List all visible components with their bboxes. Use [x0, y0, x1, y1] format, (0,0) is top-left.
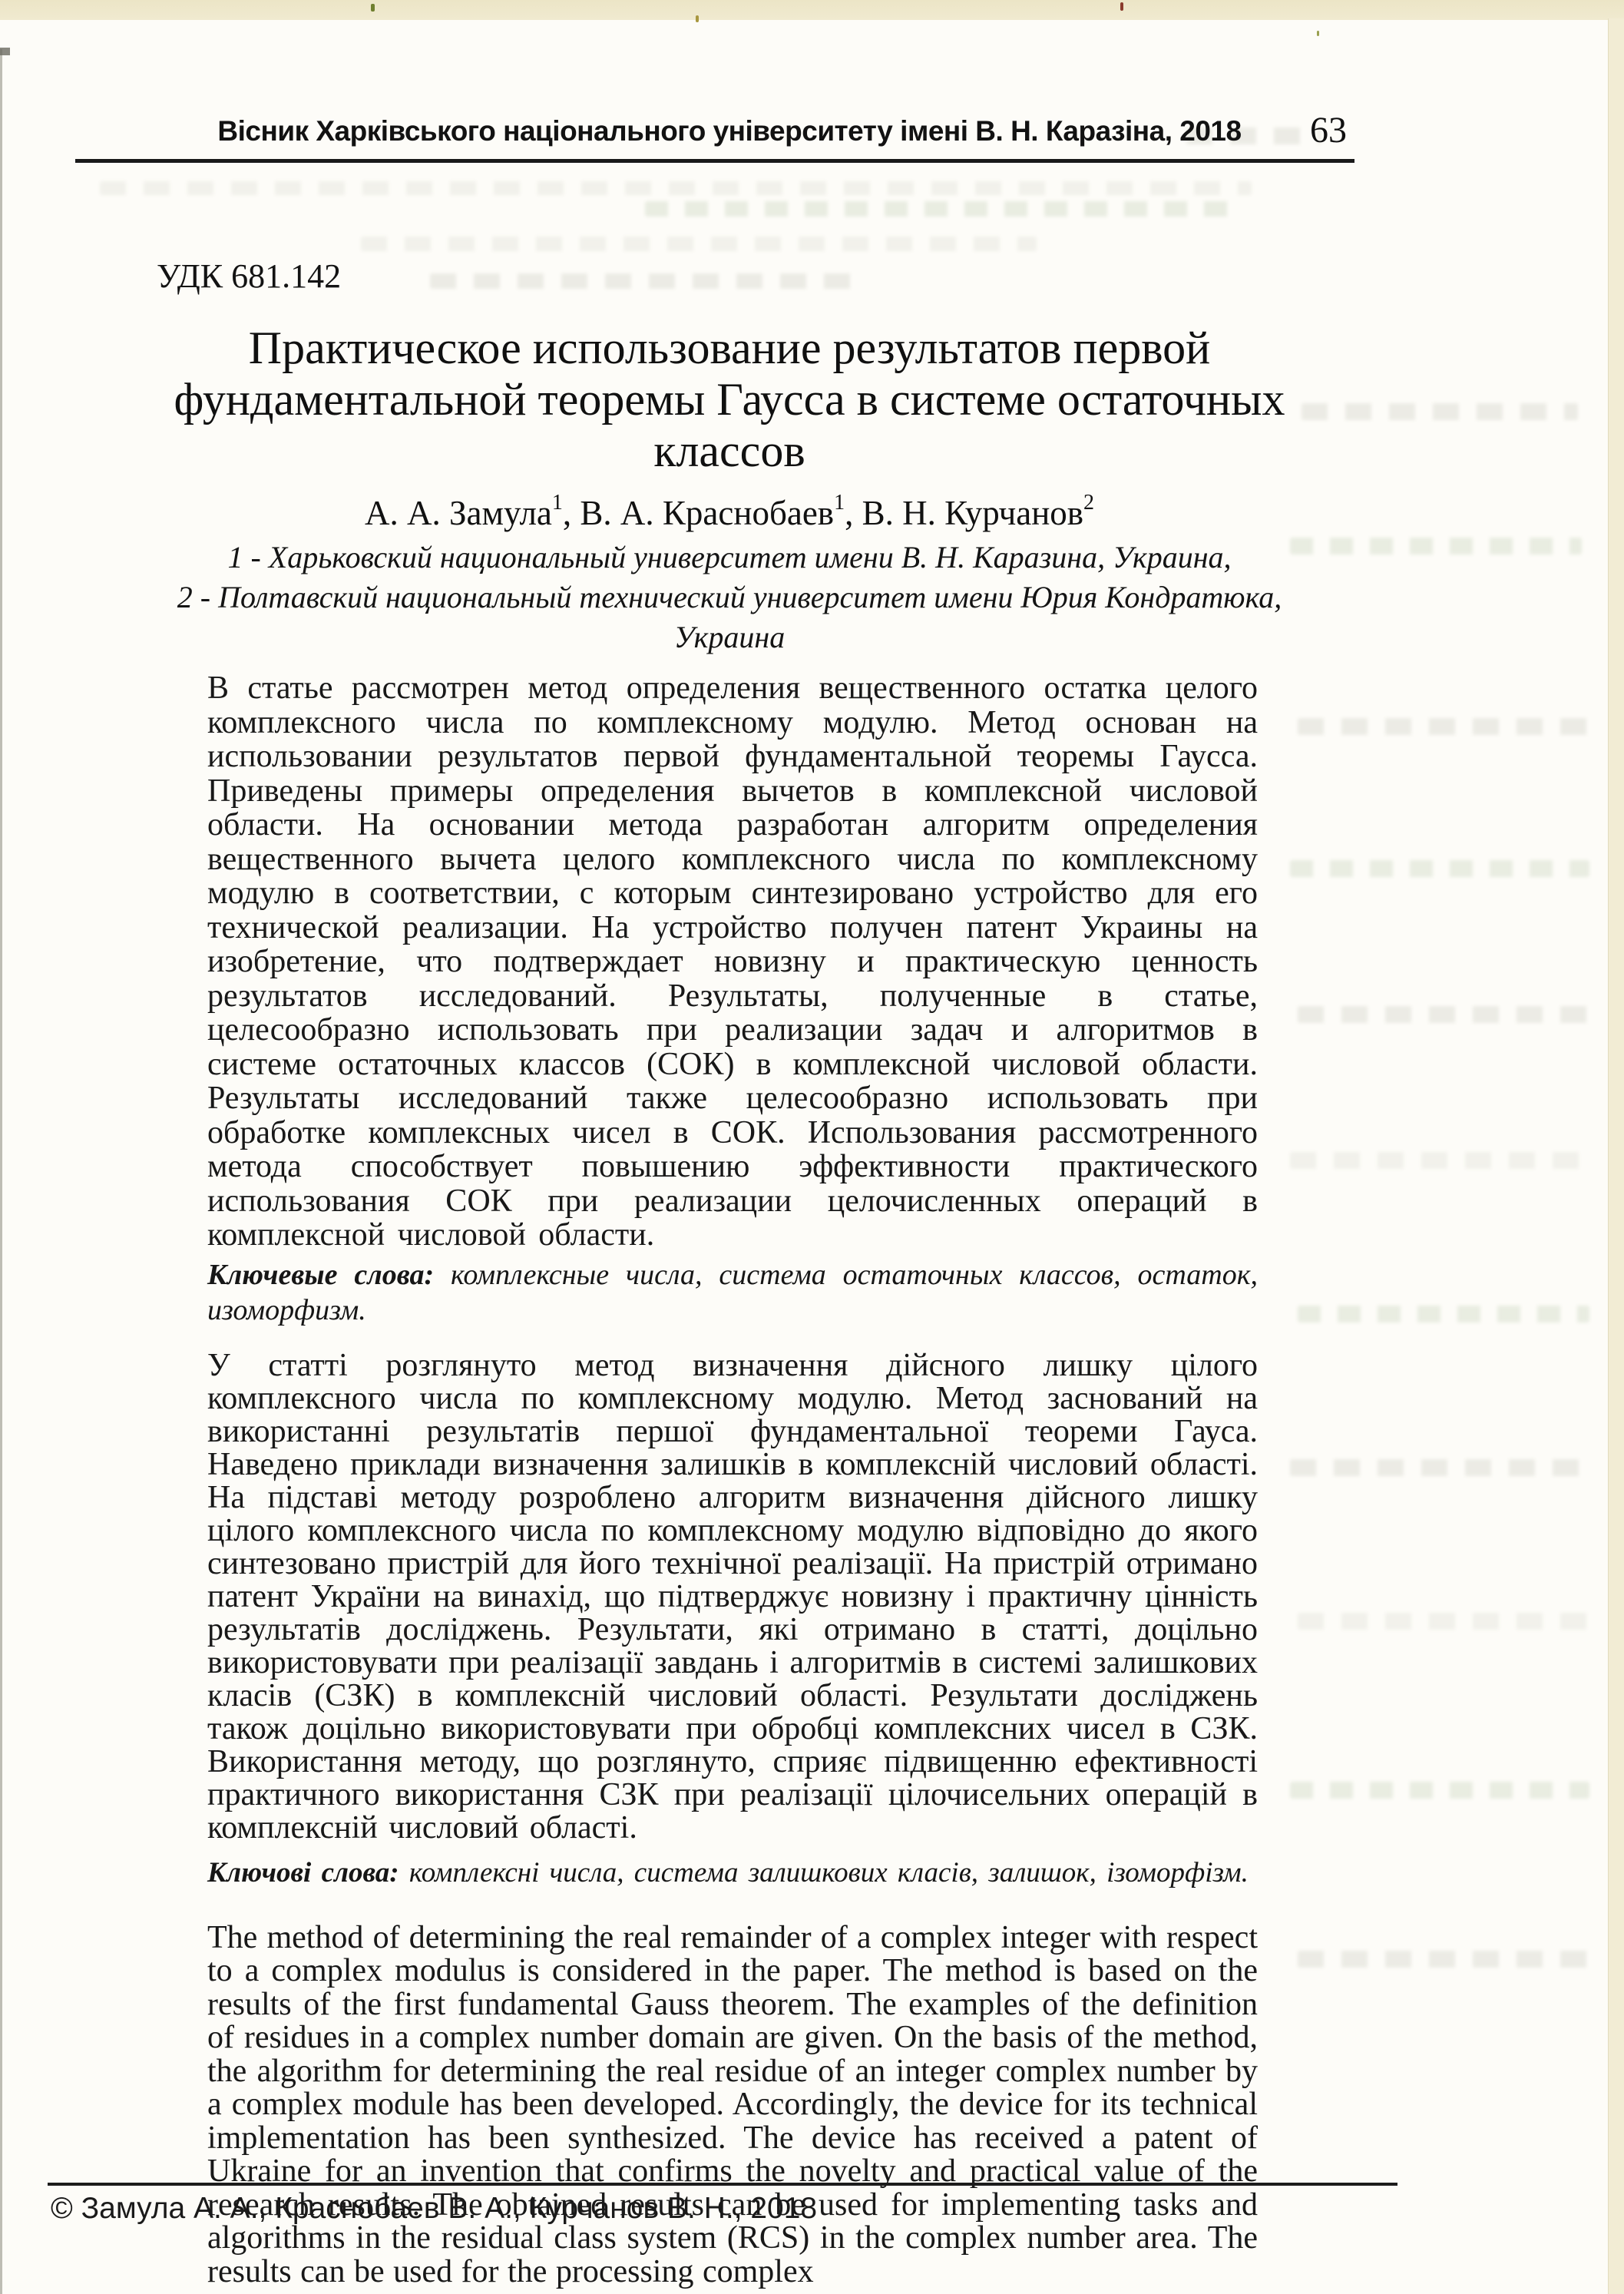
- scanner-edge-strip-right: [1608, 18, 1624, 2294]
- bleedthrough-artifact: [100, 181, 1252, 195]
- page-left-edge-shadow: [0, 49, 2, 2294]
- bleedthrough-artifact: [645, 201, 1229, 217]
- abstracts-column: В статье рассмотрен метод определения ве…: [207, 671, 1258, 2289]
- bleedthrough-artifact: [1290, 1459, 1589, 1476]
- affiliation-line: 1 - Харьковский национальный университет…: [115, 538, 1344, 578]
- title-line: фундаментальной теоремы Гаусса в системе…: [115, 374, 1344, 425]
- title-line: Практическое использование результатов п…: [115, 323, 1344, 374]
- bleedthrough-artifact: [1298, 1006, 1589, 1023]
- abstract-ukrainian: У статті розглянуто метод визначення дій…: [207, 1349, 1258, 1845]
- udc-code: УДК 681.142: [157, 257, 341, 296]
- scan-speck: [696, 15, 699, 22]
- scanned-page: Вісник Харківського національного універ…: [0, 0, 1624, 2294]
- author-name-text: , В. Н. Курчанов: [845, 494, 1083, 532]
- scan-speck: [1317, 31, 1319, 36]
- affiliation-line: 2 - Полтавский национальный технический …: [115, 578, 1344, 617]
- scan-speck: [1120, 2, 1123, 11]
- bleedthrough-artifact: [1290, 1152, 1589, 1169]
- scanner-edge-strip: [0, 0, 1624, 20]
- bleedthrough-artifact: [1290, 860, 1589, 877]
- keywords-ukrainian: Ключові слова: комплексні числа, система…: [207, 1855, 1258, 1891]
- article-title: Практическое использование результатов п…: [115, 323, 1344, 477]
- keywords-label: Ключевые слова:: [207, 1259, 434, 1291]
- affiliations: 1 - Харьковский национальный университет…: [115, 538, 1344, 657]
- bleedthrough-artifact: [1298, 1613, 1589, 1630]
- bleedthrough-artifact: [361, 237, 1037, 251]
- keywords-label: Ключові слова:: [207, 1857, 399, 1888]
- affiliation-line: Украина: [115, 617, 1344, 657]
- author-affiliation-ref: 1: [552, 491, 563, 515]
- copyright-line: © Замула А. А., Краснобаев В. А., Курчан…: [51, 2192, 817, 2226]
- bleedthrough-artifact: [430, 273, 860, 289]
- keywords-russian: Ключевые слова: комплексные числа, систе…: [207, 1257, 1258, 1328]
- author-affiliation-ref: 2: [1083, 491, 1094, 515]
- header-rule: [75, 159, 1354, 163]
- bleedthrough-artifact: [1298, 1306, 1589, 1322]
- bleedthrough-artifact: [1298, 718, 1589, 735]
- scan-corner-mark: [0, 48, 10, 55]
- author-affiliation-ref: 1: [834, 491, 845, 515]
- author-name: , В. Н. Курчанов2: [845, 494, 1094, 532]
- author-name-text: , В. А. Краснобаев: [563, 494, 834, 532]
- bleedthrough-artifact: [1298, 1951, 1589, 1968]
- scan-speck: [371, 4, 375, 12]
- title-line: классов: [115, 425, 1344, 477]
- journal-header: Вісник Харківського національного універ…: [131, 115, 1328, 147]
- bleedthrough-artifact: [1290, 1782, 1589, 1799]
- page-number: 63: [1310, 109, 1347, 151]
- abstract-english: The method of determining the real remai…: [207, 1922, 1258, 2289]
- author-name: , В. А. Краснобаев1: [563, 494, 845, 532]
- author-name-text: А. А. Замула: [365, 494, 552, 532]
- keywords-text: комплексні числа, система залишкових кла…: [399, 1857, 1249, 1888]
- author-name: А. А. Замула1: [365, 494, 563, 532]
- abstract-russian: В статье рассмотрен метод определения ве…: [207, 671, 1258, 1253]
- authors-line: А. А. Замула1, В. А. Краснобаев1, В. Н. …: [115, 493, 1344, 533]
- footer-rule: [48, 2183, 1397, 2186]
